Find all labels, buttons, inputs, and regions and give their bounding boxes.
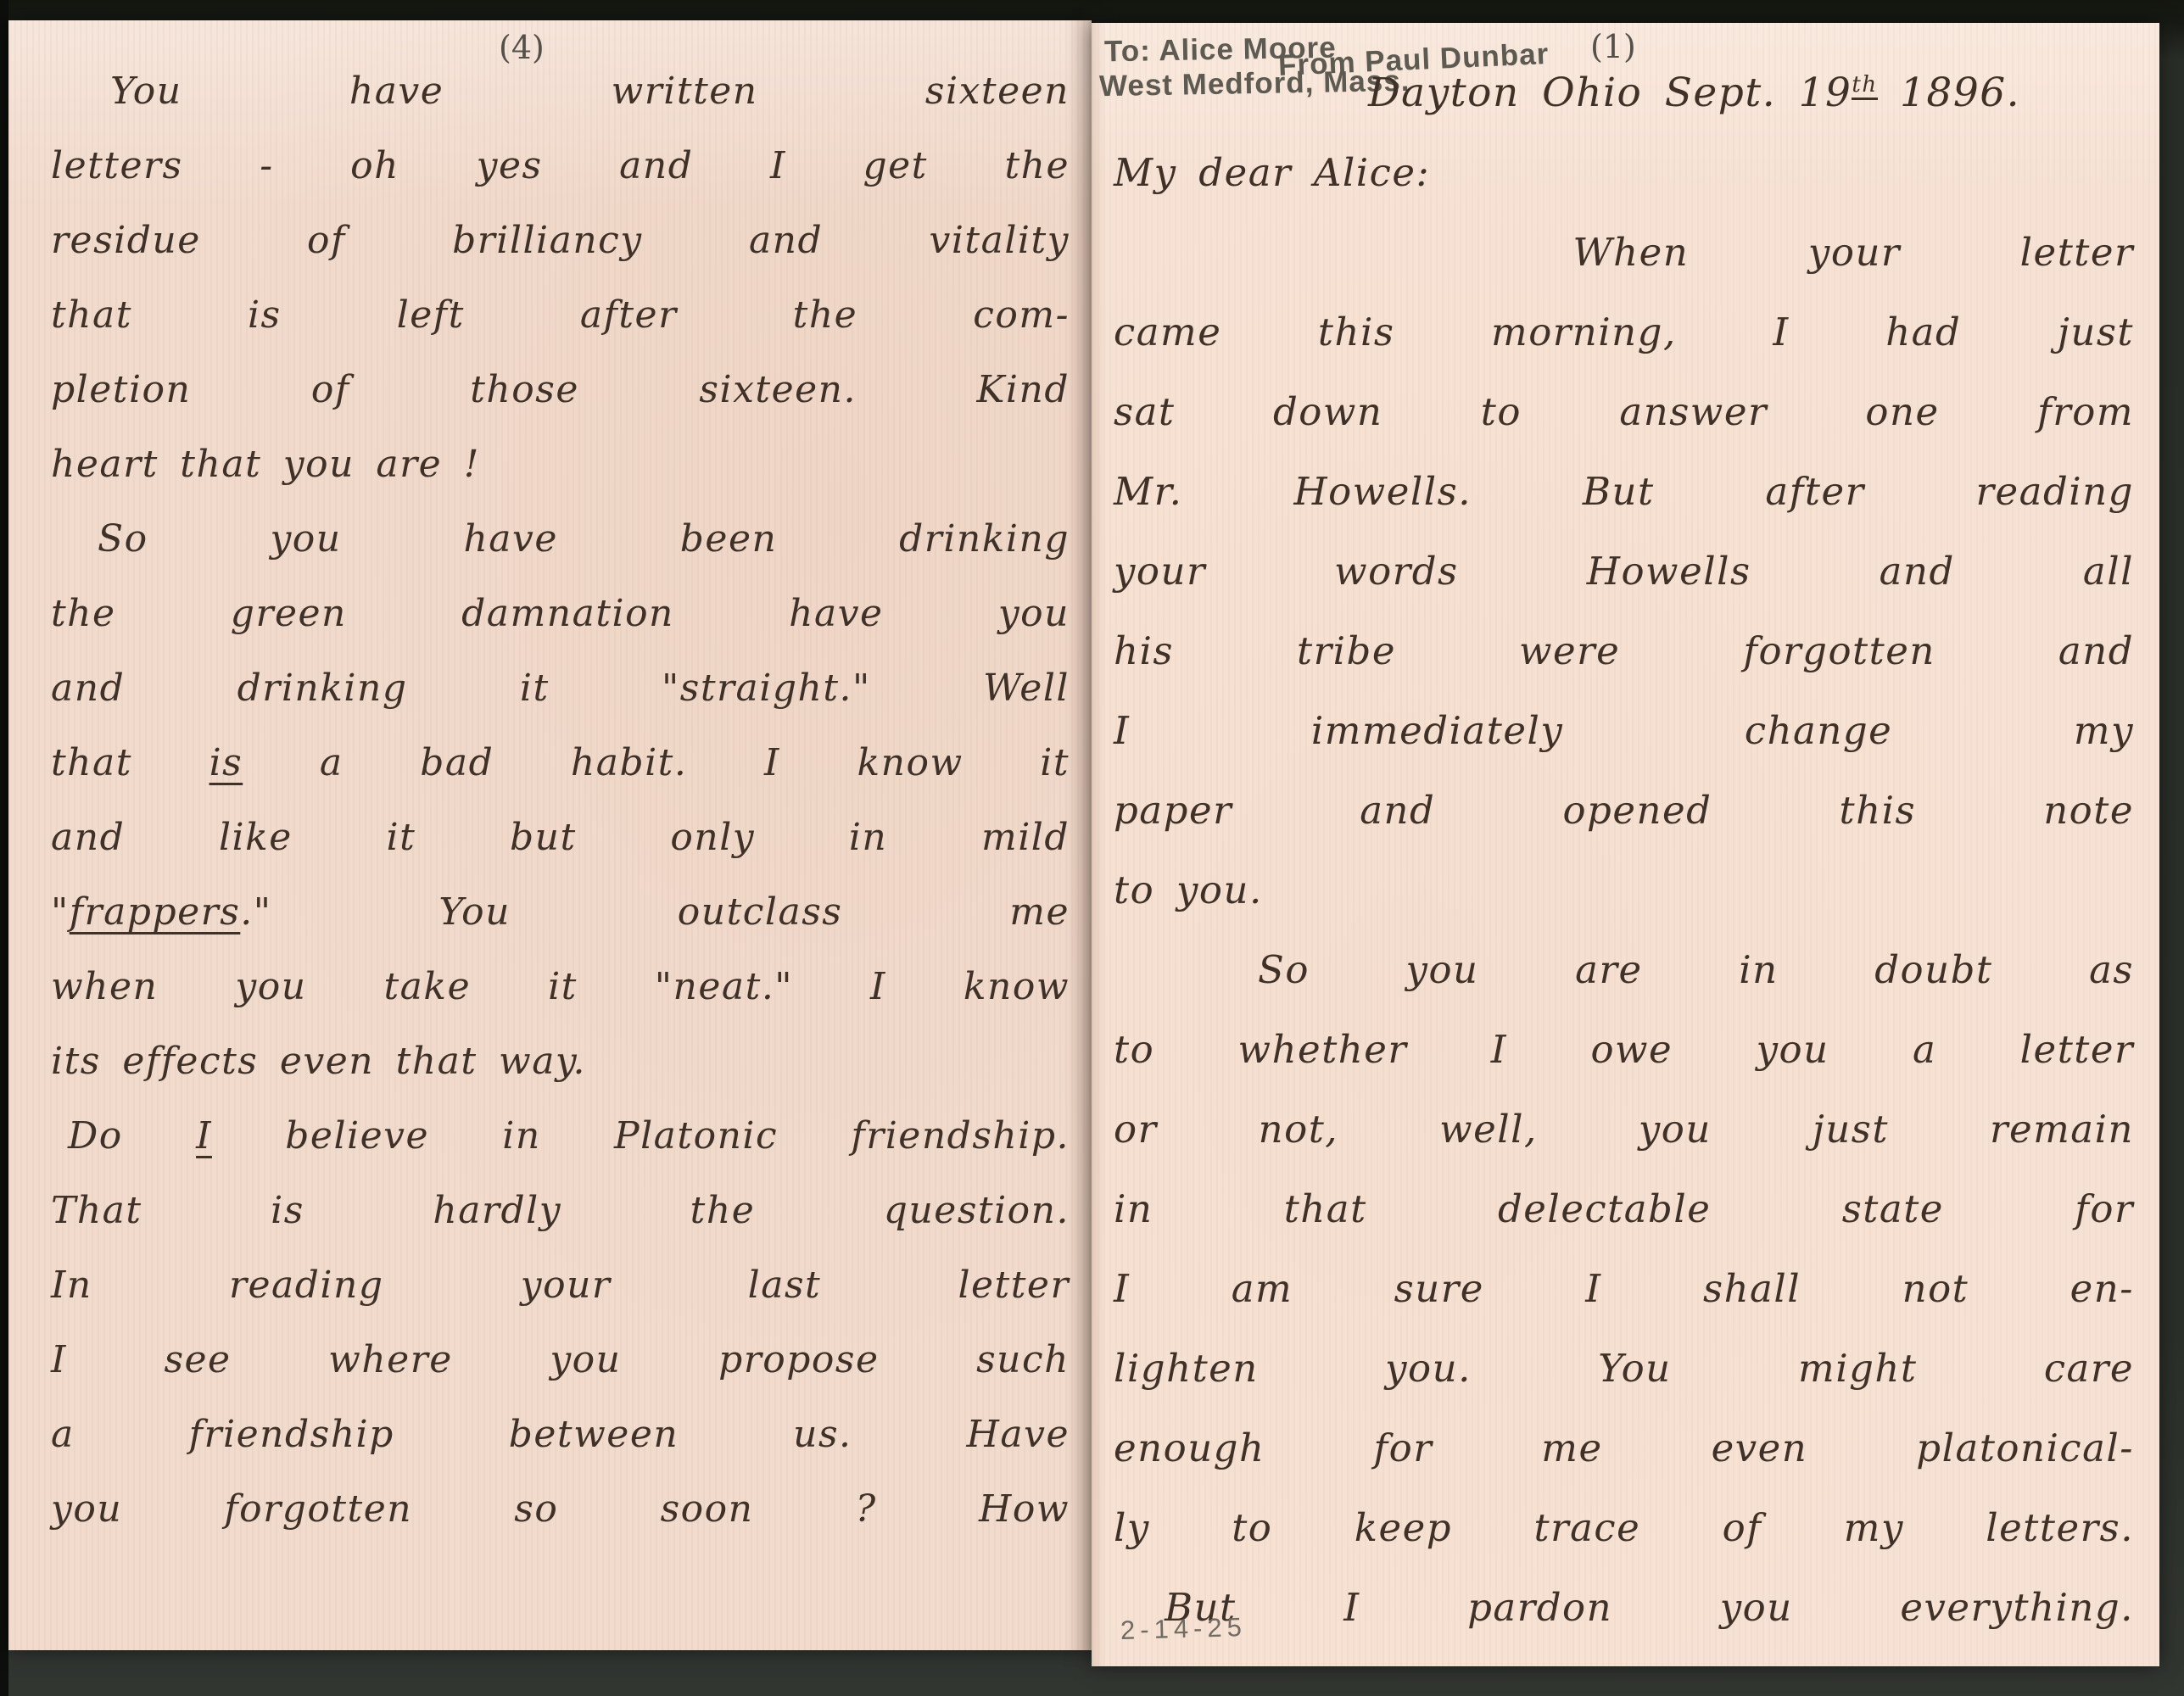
letter-page-1: To: Alice Moore West Medford, Mass. From… [1092, 23, 2159, 1666]
handwritten-line: pletion of those sixteen. Kind [51, 353, 1070, 427]
handwritten-line: I see where you propose such [51, 1323, 1070, 1398]
handwritten-line: In reading your last letter [51, 1248, 1070, 1323]
pencil-annotation-catalog-date: 2-14-25 [1120, 1612, 1248, 1646]
handwritten-line: paper and opened this note [1114, 771, 2134, 851]
underlined-word: I [196, 1114, 212, 1158]
handwritten-line: Mr. Howells. But after reading [1114, 452, 2134, 532]
handwritten-word: Do [68, 1114, 196, 1158]
dateline-year: 1896. [1878, 70, 2021, 116]
handwritten-line: I immediately change my [1114, 691, 2134, 771]
handwritten-line: sat down to answer one from [1114, 372, 2134, 452]
underlined-word: frappers [70, 890, 241, 934]
handwritten-line: So you have been drinking [51, 502, 1070, 577]
handwritten-line: that is a bad habit. I know it [51, 726, 1070, 801]
page-1-text-block: Dayton Ohio Sept. 19th 1896. My dear Ali… [1092, 23, 2159, 1648]
handwritten-line: came this morning, I had just [1114, 293, 2134, 372]
handwritten-line: the green damnation have you [51, 577, 1070, 651]
handwritten-line: to you. [1114, 851, 2134, 930]
handwritten-line: you forgotten so soon ? How [51, 1472, 1070, 1547]
salutation: My dear Alice: [1114, 133, 2134, 213]
ordinal-suffix: th [1852, 72, 1877, 100]
handwritten-line: "frappers." You outclass me [51, 875, 1070, 950]
handwritten-line: You have written sixteen [51, 54, 1070, 129]
handwritten-line: I am sure I shall not en- [1114, 1249, 2134, 1329]
handwritten-line: enough for me even platonical- [1114, 1409, 2134, 1488]
handwritten-word: that [51, 741, 209, 784]
letter-page-4: (4) You have written sixteen letters - o… [8, 20, 1092, 1650]
handwritten-word: a bad habit. I know it [243, 741, 1070, 784]
handwritten-line: ly to keep trace of my letters. [1114, 1488, 2134, 1568]
handwritten-line: when you take it "neat." I know [51, 950, 1070, 1024]
dateline: Dayton Ohio Sept. 19th 1896. [1114, 53, 2134, 133]
handwritten-line: your words Howells and all [1114, 532, 2134, 611]
handwritten-line: Do I believe in Platonic friendship. [51, 1099, 1070, 1174]
handwritten-line: in that delectable state for [1114, 1169, 2134, 1249]
dateline-text: Dayton Ohio Sept. 19 [1368, 70, 1852, 116]
handwritten-line: heart that you are ! [51, 427, 1070, 502]
handwritten-line: When your letter [1114, 213, 2134, 293]
handwritten-word: believe in Platonic friendship. [212, 1114, 1070, 1158]
letter-scan: (4) You have written sixteen letters - o… [0, 0, 2184, 1696]
handwritten-line: So you are in doubt as [1114, 930, 2134, 1010]
handwritten-word: " [51, 890, 70, 934]
handwritten-word: ." You outclass me [240, 890, 1070, 934]
handwritten-line: and drinking it "straight." Well [51, 651, 1070, 726]
handwritten-line: and like it but only in mild [51, 801, 1070, 875]
handwritten-line: to whether I owe you a letter [1114, 1010, 2134, 1090]
handwritten-line: letters - oh yes and I get the [51, 129, 1070, 204]
handwritten-line: lighten you. You might care [1114, 1329, 2134, 1409]
handwritten-line: its effects even that way. [51, 1024, 1070, 1099]
underlined-word: is [209, 741, 243, 784]
handwritten-line: residue of brilliancy and vitality [51, 204, 1070, 278]
handwritten-line: a friendship between us. Have [51, 1398, 1070, 1472]
handwritten-line: That is hardly the question. [51, 1174, 1070, 1248]
handwritten-line: But I pardon you everything. [1114, 1568, 2134, 1648]
page-4-text-block: You have written sixteen letters - oh ye… [8, 20, 1092, 1547]
handwritten-line: that is left after the com- [51, 278, 1070, 353]
handwritten-line: his tribe were forgotten and [1114, 611, 2134, 691]
handwritten-line: or not, well, you just remain [1114, 1090, 2134, 1169]
